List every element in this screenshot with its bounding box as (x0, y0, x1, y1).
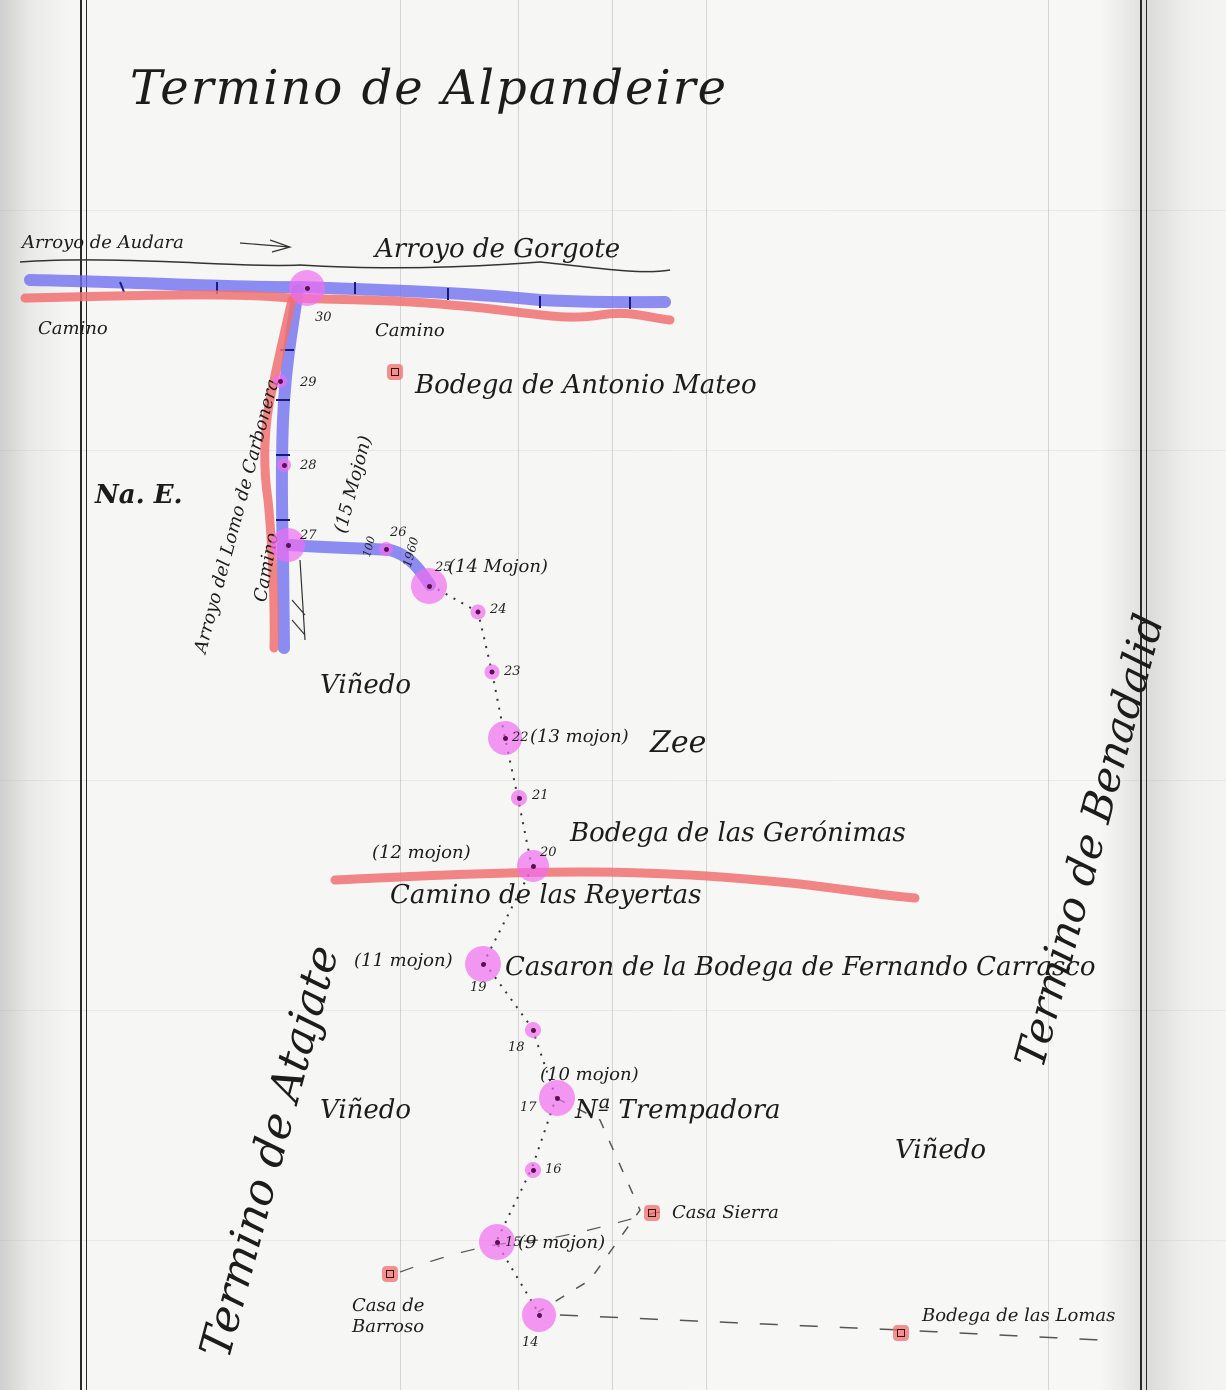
marker-label-12: (12 mojon) (372, 842, 471, 863)
boundary-point-21[interactable] (511, 790, 527, 806)
building-label-casa-sierra: Casa Sierra (672, 1202, 779, 1223)
building-label-trempadora: Nª Trempadora (575, 1095, 781, 1125)
boundary-point-30[interactable] (289, 270, 325, 306)
building-marker[interactable] (893, 1325, 909, 1341)
boundary-point-23[interactable] (485, 665, 500, 680)
region-label-vinedo-3: Viñedo (895, 1135, 986, 1165)
road-label-top-left: Camino (38, 318, 108, 339)
boundary-point-19[interactable] (465, 946, 501, 982)
map-title: Termino de Alpandeire (130, 60, 728, 116)
building-label-lomas: Bodega de las Lomas (922, 1305, 1115, 1326)
point-number: 27 (300, 528, 317, 543)
building-label-antonio-mateo: Bodega de Antonio Mateo (415, 370, 757, 400)
stream-label-gorgote: Arroyo de Gorgote (375, 234, 620, 264)
building-marker[interactable] (387, 364, 403, 380)
point-number: 20 (540, 845, 557, 860)
boundary-point-18[interactable] (525, 1022, 541, 1038)
point-number: 15 (505, 1235, 522, 1250)
marker-label-11: (11 mojon) (354, 950, 453, 971)
point-number: 16 (545, 1162, 562, 1177)
boundary-point-29[interactable] (273, 374, 287, 388)
point-number: 21 (532, 788, 549, 803)
boundary-point-14[interactable] (522, 1298, 556, 1332)
corner-label: Na. E. (95, 480, 183, 510)
building-label-casaron: Casaron de la Bodega de Fernando Carrasc… (505, 952, 1096, 982)
road-label-top-right: Camino (375, 320, 445, 341)
point-number: 19 (470, 980, 487, 995)
boundary-point-16[interactable] (525, 1162, 541, 1178)
region-label-vinedo-1: Viñedo (320, 670, 411, 700)
boundary-point-28[interactable] (277, 458, 291, 472)
building-label-barroso: Casa de Barroso (352, 1295, 442, 1337)
point-number: 30 (315, 310, 332, 325)
marker-label-9: (9 mojon) (518, 1232, 605, 1253)
point-number: 23 (504, 664, 521, 679)
building-marker[interactable] (382, 1266, 398, 1282)
point-number: 25 (435, 560, 452, 575)
point-number: 28 (300, 458, 317, 473)
point-number: 14 (522, 1335, 539, 1350)
stream-label-audara: Arroyo de Audara (22, 232, 184, 253)
boundary-point-26[interactable] (379, 542, 393, 556)
road-label-reyertas: Camino de las Reyertas (390, 880, 702, 910)
marker-label-13: (13 mojon) (530, 726, 629, 747)
marker-label-14: (14 Mojon) (448, 556, 548, 577)
point-number: 26 (390, 525, 407, 540)
point-number: 24 (490, 602, 507, 617)
region-label-zee: Zee (650, 725, 706, 760)
boundary-point-17[interactable] (539, 1080, 575, 1116)
boundary-dashed-line (538, 1098, 640, 1312)
point-number: 18 (508, 1040, 525, 1055)
building-label-geronimas: Bodega de las Gerónimas (570, 818, 906, 848)
boundary-point-24[interactable] (471, 605, 486, 620)
region-label-vinedo-2: Viñedo (320, 1095, 411, 1125)
map-overlay (0, 0, 1226, 1390)
point-number: 17 (520, 1100, 537, 1115)
point-number: 29 (300, 375, 317, 390)
building-marker[interactable] (644, 1205, 660, 1221)
point-number: 22 (512, 730, 529, 745)
